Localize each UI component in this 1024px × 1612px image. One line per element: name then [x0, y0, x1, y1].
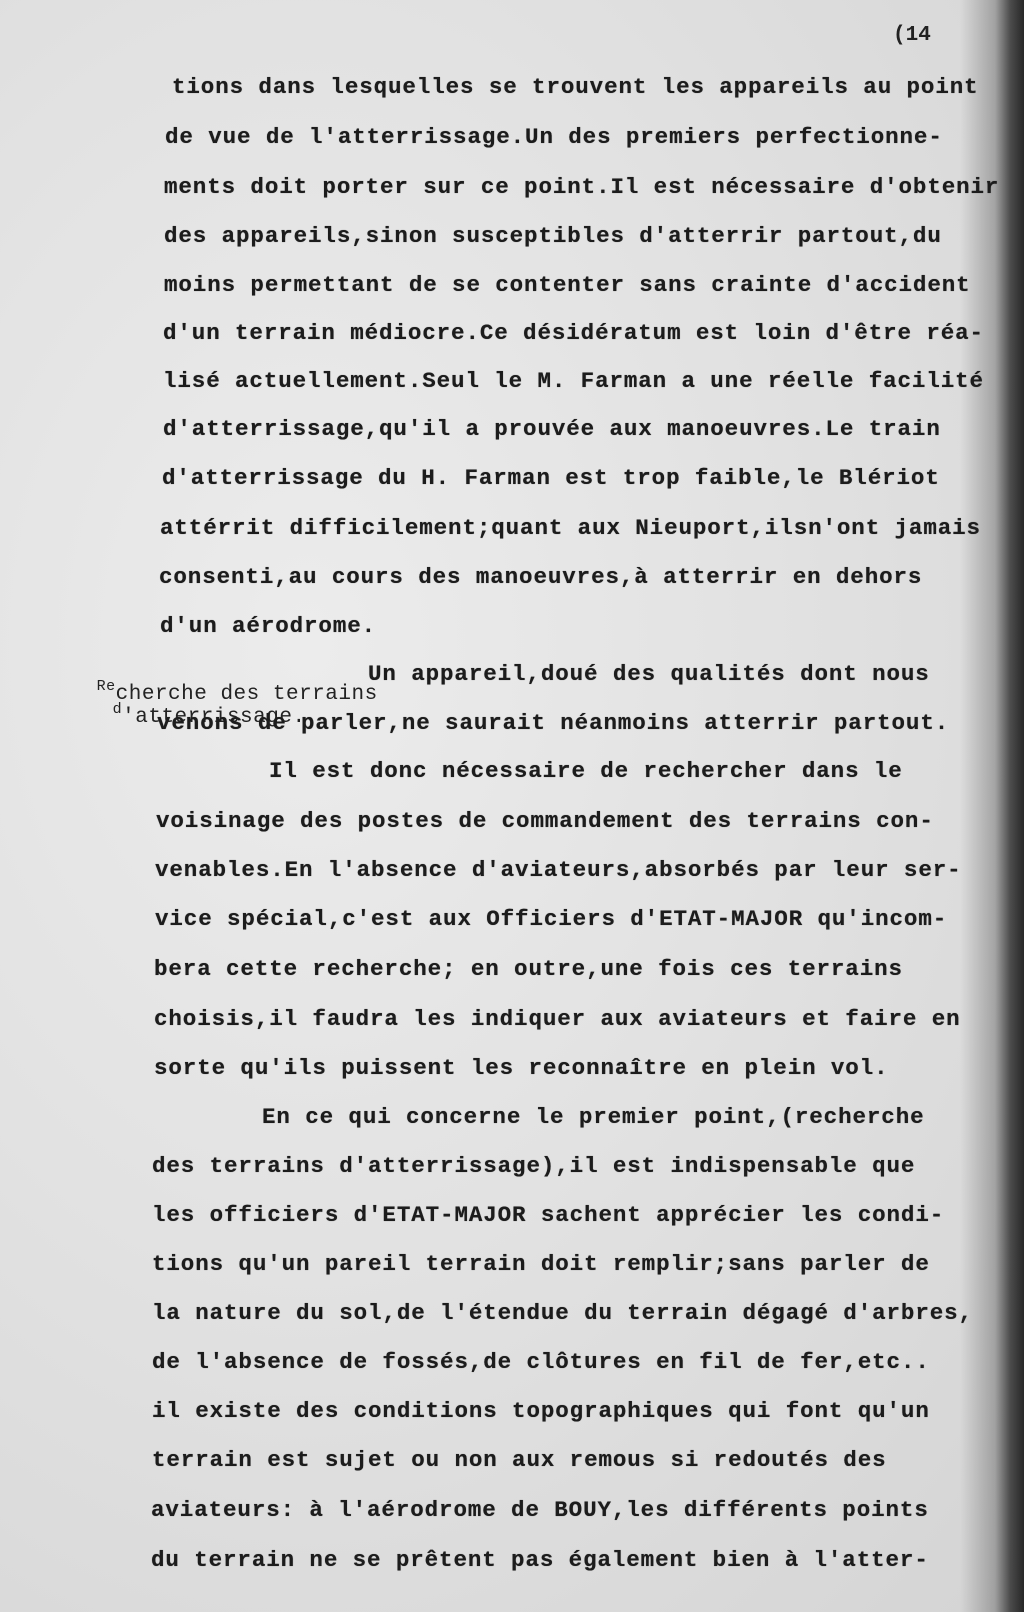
text-line: voisinage des postes de commandement des… [156, 808, 934, 834]
typewritten-page: (14 tions dans lesquelles se trouvent le… [0, 0, 1024, 1612]
page-number: (14 [893, 24, 931, 47]
text-line: En ce qui concerne le premier point,(rec… [262, 1104, 925, 1130]
text-line: d'un aérodrome. [160, 613, 376, 639]
text-line: venables.En l'absence d'aviateurs,absorb… [155, 857, 962, 883]
text-line: tions qu'un pareil terrain doit remplir;… [152, 1251, 930, 1277]
text-line: du terrain ne se prêtent pas également b… [151, 1547, 929, 1573]
text-line: terrain est sujet ou non aux remous si r… [152, 1447, 887, 1473]
text-line: sorte qu'ils puissent les reconnaître en… [154, 1055, 889, 1081]
text-line: vice spécial,c'est aux Officiers d'ETAT-… [155, 906, 947, 932]
text-line: des appareils,sinon susceptibles d'atter… [164, 223, 942, 249]
text-line: d'un terrain médiocre.Ce désidératum est… [163, 320, 984, 346]
text-line: il existe des conditions topographiques … [152, 1398, 930, 1424]
text-line: des terrains d'atterrissage),il est indi… [152, 1153, 915, 1179]
text-line: Il est donc nécessaire de rechercher dan… [269, 758, 903, 784]
text-line: de l'absence de fossés,de clôtures en fi… [152, 1349, 930, 1375]
text-line: aviateurs: à l'aérodrome de BOUY,les dif… [151, 1497, 929, 1523]
margin-note-prefix: d [113, 701, 123, 718]
text-line: venons de parler,ne saurait néanmoins at… [157, 710, 949, 736]
text-line: lisé actuellement.Seul le M. Farman a un… [163, 368, 984, 394]
text-line: attérrit difficilement;quant aux Nieupor… [160, 515, 981, 541]
text-line: choisis,il faudra les indiquer aux aviat… [154, 1006, 961, 1032]
text-line: moins permettant de se contenter sans cr… [164, 272, 971, 298]
text-line: ments doit porter sur ce point.Il est né… [164, 174, 999, 200]
text-line: la nature du sol,de l'étendue du terrain… [152, 1300, 973, 1326]
text-line: les officiers d'ETAT-MAJOR sachent appré… [152, 1202, 944, 1228]
text-line: tions dans lesquelles se trouvent les ap… [172, 74, 979, 100]
text-line: consenti,au cours des manoeuvres,à atter… [159, 564, 922, 590]
text-line: de vue de l'atterrissage.Un des premiers… [165, 124, 943, 150]
text-line: d'atterrissage,qu'il a prouvée aux manoe… [163, 416, 941, 442]
text-line: bera cette recherche; en outre,une fois … [154, 956, 903, 982]
text-line: d'atterrissage du H. Farman est trop fai… [162, 465, 940, 491]
text-line: Un appareil,doué des qualités dont nous [368, 661, 930, 687]
